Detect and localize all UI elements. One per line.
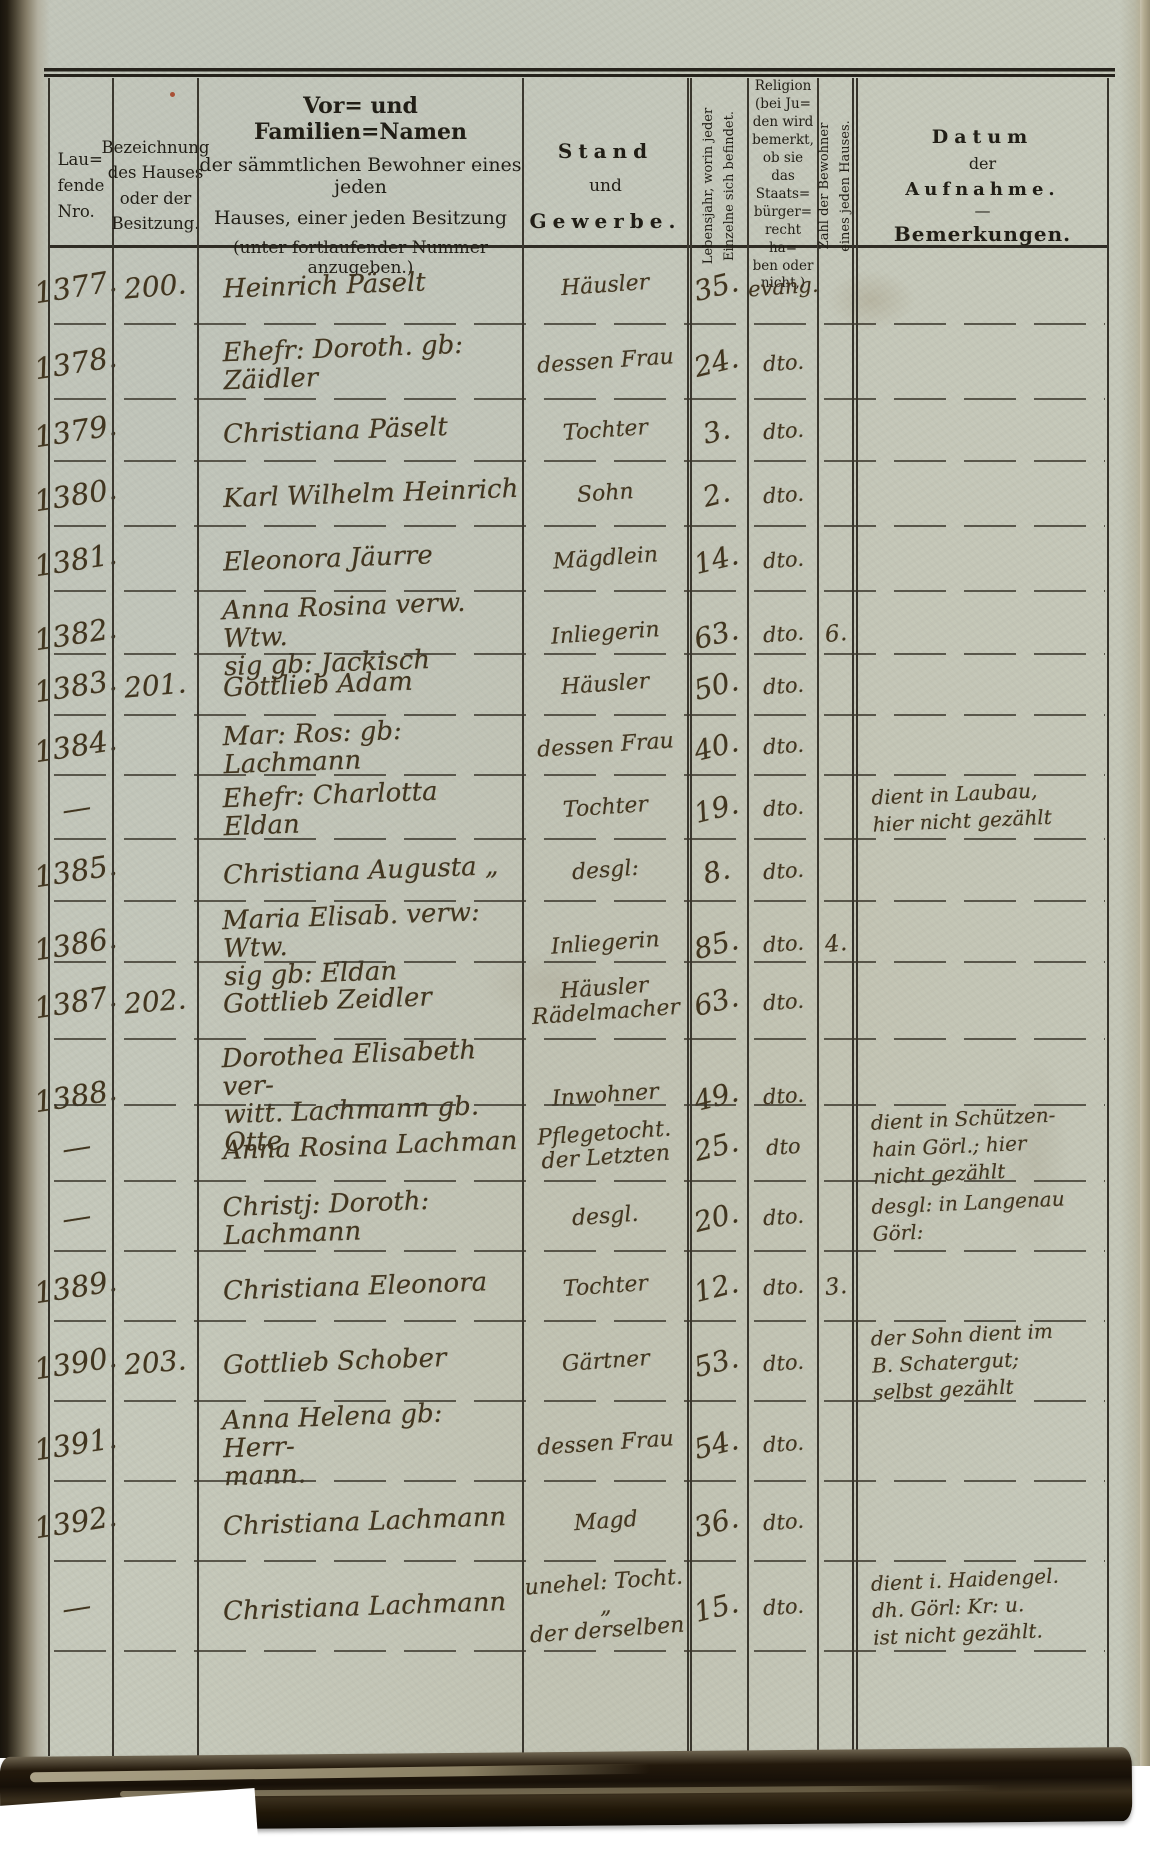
age: 12. [691, 1266, 742, 1309]
occupation: Tochter [562, 416, 649, 446]
occupation: Häusler [561, 271, 651, 301]
table-row: — Christiana Lachmann unehel: Tocht. „ d… [50, 1562, 1107, 1652]
cell-zahl-bewohner [817, 1562, 852, 1652]
religion: dto. [762, 1349, 804, 1376]
cell-religion: dto. [747, 776, 817, 840]
household-count: 3. [823, 1273, 848, 1301]
cell-house-number: 201. [112, 655, 197, 716]
cell-religion: dto. [747, 840, 817, 902]
cell-religion: dto. [747, 1182, 817, 1252]
cell-name: Mar: Ros: gb: Lachmann [197, 716, 522, 776]
cell-lebensjahr: 63. [687, 963, 747, 1040]
resident-name: Karl Wilhelm Heinrich [223, 475, 519, 513]
cell-zahl-bewohner [817, 1402, 852, 1486]
occupation: Sohn [576, 480, 634, 508]
table-row: 1380. Karl Wilhelm Heinrich Sohn 2. dto. [50, 462, 1107, 527]
cell-name: Anna Helena gb: Herr- mann. [197, 1402, 522, 1486]
cell-bemerkungen [852, 1402, 1107, 1486]
cell-laufende-nro: 1381. [50, 527, 112, 592]
scanned-register-page: Lau= fende Nro. Bezeichnung des Hauses o… [0, 0, 1150, 1872]
cell-bemerkungen [852, 1482, 1107, 1562]
row-number: — [59, 1127, 93, 1165]
cell-zahl-bewohner [817, 248, 852, 325]
cell-zahl-bewohner: 3. [817, 1252, 852, 1322]
house-number: 201. [123, 666, 188, 704]
occupation: Tochter [562, 1272, 649, 1302]
header-namen-sub1: der sämmtlichen Bewohner eines jeden [199, 154, 522, 198]
age: 63. [691, 980, 742, 1023]
religion: dto. [762, 621, 804, 648]
cell-bemerkungen [852, 655, 1107, 716]
cell-name: Heinrich Päselt [197, 248, 522, 325]
table-row: — Ehefr: Charlotta Eldan Tochter 19. dto… [50, 776, 1107, 840]
table-header: Lau= fende Nro. Bezeichnung des Hauses o… [50, 78, 1107, 248]
header-stand-line1: Stand [530, 139, 682, 163]
cell-house-number [112, 776, 197, 840]
remark [858, 1522, 872, 1523]
table-row: 1392. Christiana Lachmann Magd 36. dto. [50, 1482, 1107, 1562]
religion: dto. [762, 1431, 804, 1458]
cell-bemerkungen [852, 716, 1107, 776]
header-datum-line1: Datum [894, 126, 1071, 148]
resident-name: Christj: Doroth: Lachmann [222, 1184, 523, 1251]
age: 54. [691, 1423, 742, 1466]
cell-bemerkungen [852, 963, 1107, 1040]
cell-name: Karl Wilhelm Heinrich [197, 462, 522, 527]
cell-stand-gewerbe: Tochter [522, 1252, 687, 1322]
resident-name: Gottlieb Schober [223, 1345, 447, 1381]
cell-laufende-nro: 1379. [50, 400, 112, 462]
age: 35. [691, 265, 742, 308]
house-number: 202. [123, 982, 188, 1020]
religion: dto. [762, 1274, 804, 1301]
cell-laufende-nro: 1387. [50, 963, 112, 1040]
remark: dient in Schützen- hain Görl.; hier nich… [856, 1102, 1058, 1192]
cell-lebensjahr: 36. [687, 1482, 747, 1562]
cell-name: Gottlieb Adam [197, 655, 522, 716]
age: 14. [691, 538, 742, 581]
occupation: Mägdlein [552, 544, 659, 575]
cell-house-number [112, 1562, 197, 1652]
cell-name: Christiana Päselt [197, 400, 522, 462]
cell-name: Christiana Lachmann [197, 1482, 522, 1562]
age: 3. [700, 412, 734, 450]
resident-name: Gottlieb Adam [223, 668, 414, 703]
cell-lebensjahr: 35. [687, 248, 747, 325]
cell-name: Christiana Eleonora [197, 1252, 522, 1322]
house-number: 203. [123, 1343, 188, 1381]
cell-lebensjahr: 15. [687, 1562, 747, 1652]
age: 15. [691, 1586, 742, 1629]
cell-zahl-bewohner [817, 462, 852, 527]
resident-name: Mar: Ros: gb: Lachmann [222, 713, 523, 780]
religion: dto. [762, 1594, 804, 1621]
house-number: 200. [123, 267, 188, 305]
table-row: 1378. Ehefr: Doroth. gb: Zäidler dessen … [50, 325, 1107, 400]
cell-bemerkungen [852, 400, 1107, 462]
occupation: Gärtner [561, 1347, 650, 1377]
cell-house-number [112, 716, 197, 776]
cell-stand-gewerbe: Pflegetocht. der Letzten [522, 1106, 687, 1187]
remark [858, 431, 872, 432]
cell-house-number: 202. [112, 963, 197, 1040]
cell-house-number [112, 462, 197, 527]
cell-name: Christiana Augusta „ [197, 840, 522, 902]
cell-stand-gewerbe: Sohn [522, 462, 687, 527]
cell-house-number [112, 325, 197, 400]
cell-name: Christj: Doroth: Lachmann [197, 1182, 522, 1252]
cell-bemerkungen [852, 462, 1107, 527]
table-row: 1391. Anna Helena gb: Herr- mann. dessen… [50, 1402, 1107, 1482]
remark: dient i. Haidengel. dh. Görl: Kr: u. ist… [856, 1562, 1061, 1652]
cell-lebensjahr: 25. [687, 1106, 747, 1187]
cell-laufende-nro: 1391. [50, 1402, 112, 1486]
cell-lebensjahr: 50. [687, 655, 747, 716]
occupation: desgl: [571, 857, 639, 886]
cell-house-number [112, 1106, 197, 1187]
header-laufende-nro-label: Lau= fende Nro. [58, 147, 105, 224]
row-number: — [59, 1198, 93, 1236]
cell-stand-gewerbe: Magd [522, 1482, 687, 1562]
cell-religion: dto [747, 1106, 817, 1187]
cell-lebensjahr: 20. [687, 1182, 747, 1252]
cell-lebensjahr: 19. [687, 776, 747, 840]
cell-religion: dto. [747, 1562, 817, 1652]
age: 36. [691, 1501, 742, 1544]
cell-house-number: 200. [112, 248, 197, 325]
cell-lebensjahr: 53. [687, 1322, 747, 1403]
cell-zahl-bewohner [817, 400, 852, 462]
cell-stand-gewerbe: Häusler Rädelmacher [522, 963, 687, 1040]
remark [858, 286, 872, 287]
age: 19. [691, 787, 742, 830]
table-row: 1379. Christiana Päselt Tochter 3. dto. [50, 400, 1107, 462]
cell-laufende-nro: — [50, 1562, 112, 1652]
cell-stand-gewerbe: Mägdlein [522, 527, 687, 592]
cell-religion: dto. [747, 716, 817, 776]
cell-lebensjahr: 3. [687, 400, 747, 462]
cell-bemerkungen [852, 248, 1107, 325]
age: 50. [691, 664, 742, 707]
cell-stand-gewerbe: Gärtner [522, 1322, 687, 1403]
remark: desgl: in Langenau Görl: [857, 1186, 1066, 1249]
cell-stand-gewerbe: dessen Frau [522, 716, 687, 776]
table-row: — Christj: Doroth: Lachmann desgl. 20. d… [50, 1182, 1107, 1252]
header-datum-line2: der [894, 154, 1071, 173]
cell-lebensjahr: 54. [687, 1402, 747, 1486]
cell-laufende-nro: 1390. [50, 1322, 112, 1403]
occupation: unehel: Tocht. „ der derselben [522, 1565, 690, 1649]
resident-name: Christiana Lachmann [223, 1588, 507, 1626]
register-table: Lau= fende Nro. Bezeichnung des Hauses o… [48, 78, 1109, 1756]
cell-bemerkungen [852, 325, 1107, 400]
occupation: dessen Frau [536, 1427, 674, 1461]
cell-stand-gewerbe: Tochter [522, 776, 687, 840]
cell-lebensjahr: 2. [687, 462, 747, 527]
cell-zahl-bewohner [817, 527, 852, 592]
remark: dient in Laubau, hier nicht gezählt [857, 777, 1052, 839]
cell-religion: dto. [747, 462, 817, 527]
age: 8. [700, 852, 734, 890]
cell-name: Christiana Lachmann [197, 1562, 522, 1652]
cell-zahl-bewohner [817, 655, 852, 716]
cell-name: Gottlieb Schober [197, 1322, 522, 1403]
resident-name: Anna Rosina Lachman [223, 1127, 518, 1165]
empty-tail-row [50, 1652, 1107, 1756]
occupation: Magd [573, 1508, 638, 1537]
cell-house-number: 203. [112, 1322, 197, 1403]
resident-name: Heinrich Päselt [223, 269, 427, 304]
religion: dto. [762, 733, 804, 760]
cell-stand-gewerbe: Tochter [522, 400, 687, 462]
age: 2. [700, 475, 734, 513]
occupation: dessen Frau [536, 729, 674, 763]
header-bezeichnung-label: Bezeichnung des Hauses oder der Besitzun… [102, 135, 210, 237]
cell-bemerkungen [852, 527, 1107, 592]
cell-bemerkungen: dient in Laubau, hier nicht gezählt [852, 776, 1107, 840]
occupation: dessen Frau [536, 346, 674, 380]
cell-religion: dto. [747, 1482, 817, 1562]
header-namen-title: Vor= und Familien=Namen [199, 93, 522, 145]
cell-laufende-nro: 1383. [50, 655, 112, 716]
cell-house-number [112, 400, 197, 462]
table-row: 1384. Mar: Ros: gb: Lachmann dessen Frau… [50, 716, 1107, 776]
remark [858, 1001, 872, 1002]
cell-laufende-nro: 1384. [50, 716, 112, 776]
religion: evang. [747, 272, 819, 301]
cell-bemerkungen: dient i. Haidengel. dh. Görl: Kr: u. ist… [852, 1562, 1107, 1652]
table-row: — Anna Rosina Lachman Pflegetocht. der L… [50, 1106, 1107, 1182]
cell-laufende-nro: 1392. [50, 1482, 112, 1562]
remark [858, 685, 872, 686]
cell-lebensjahr: 8. [687, 840, 747, 902]
row-number: — [59, 789, 93, 827]
cell-zahl-bewohner [817, 1322, 852, 1403]
household-count: 4. [823, 930, 848, 958]
table-row: 1385. Christiana Augusta „ desgl: 8. dto… [50, 840, 1107, 902]
cell-stand-gewerbe: dessen Frau [522, 325, 687, 400]
remark [858, 1096, 872, 1097]
cell-religion: dto. [747, 1322, 817, 1403]
cell-stand-gewerbe: unehel: Tocht. „ der derselben [522, 1562, 687, 1652]
occupation: Tochter [562, 793, 649, 823]
cell-house-number [112, 1252, 197, 1322]
cell-stand-gewerbe: Häusler [522, 248, 687, 325]
remark [858, 494, 872, 495]
cell-zahl-bewohner [817, 1182, 852, 1252]
cell-lebensjahr: 12. [687, 1252, 747, 1322]
occupation: Häusler Rädelmacher [530, 972, 681, 1031]
cell-religion: dto. [747, 400, 817, 462]
cell-laufende-nro: — [50, 1106, 112, 1187]
cell-zahl-bewohner [817, 1482, 852, 1562]
resident-name: Ehefr: Doroth. gb: Zäidler [222, 329, 523, 396]
table-row: 1377. 200. Heinrich Päselt Häusler 35. e… [50, 248, 1107, 325]
cell-laufende-nro: 1389. [50, 1252, 112, 1322]
cell-bemerkungen: der Sohn dient im B. Schatergut; selbst … [852, 1322, 1107, 1403]
cell-laufende-nro: 1385. [50, 840, 112, 902]
cell-stand-gewerbe: Häusler [522, 655, 687, 716]
cell-religion: evang. [747, 248, 817, 325]
cell-name: Anna Rosina Lachman [197, 1106, 522, 1187]
age: 24. [691, 341, 742, 384]
cell-laufende-nro: 1378. [50, 325, 112, 400]
religion: dto. [762, 931, 804, 958]
cell-name: Ehefr: Charlotta Eldan [197, 776, 522, 840]
cell-zahl-bewohner [817, 325, 852, 400]
header-namen-sub2: Hauses, einer jeden Besitzung [199, 207, 522, 229]
religion: dto. [762, 858, 804, 885]
cell-name: Eleonora Jäurre [197, 527, 522, 592]
resident-name: Ehefr: Charlotta Eldan [222, 775, 523, 842]
table-row: 1389. Christiana Eleonora Tochter 12. dt… [50, 1252, 1107, 1322]
cell-religion: dto. [747, 963, 817, 1040]
age: 25. [691, 1125, 742, 1168]
table-row: 1386. Maria Elisab. verw: Wtw. sig gb: E… [50, 902, 1107, 963]
religion: dto. [762, 418, 804, 445]
cell-religion: dto. [747, 1402, 817, 1486]
age: 40. [691, 725, 742, 768]
remark [858, 871, 872, 872]
cell-religion: dto. [747, 527, 817, 592]
cell-bemerkungen: dient in Schützen- hain Görl.; hier nich… [852, 1106, 1107, 1187]
cell-laufende-nro: — [50, 776, 112, 840]
cell-lebensjahr: 40. [687, 716, 747, 776]
religion: dto. [762, 349, 804, 376]
cell-stand-gewerbe: desgl. [522, 1182, 687, 1252]
cell-house-number [112, 840, 197, 902]
cell-house-number [112, 1182, 197, 1252]
row-number: — [59, 1588, 93, 1626]
header-stand-line2: und [530, 176, 682, 196]
occupation: Pflegetocht. der Letzten [537, 1118, 674, 1176]
resident-name: Christiana Augusta „ [223, 852, 499, 890]
cell-stand-gewerbe: desgl: [522, 840, 687, 902]
age: 53. [691, 1341, 742, 1384]
header-bemerkungen-label: Bemerkungen. [894, 222, 1071, 246]
religion: dto. [762, 1509, 804, 1536]
cell-name: Ehefr: Doroth. gb: Zäidler [197, 325, 522, 400]
cell-zahl-bewohner [817, 1106, 852, 1187]
remark [858, 559, 872, 560]
table-row: 1381. Eleonora Jäurre Mägdlein 14. dto. [50, 527, 1107, 592]
religion: dto. [762, 546, 804, 573]
occupation: Inliegerin [550, 618, 660, 650]
cell-zahl-bewohner [817, 840, 852, 902]
cell-zahl-bewohner [817, 963, 852, 1040]
header-stand-line3: Gewerbe. [530, 209, 682, 233]
cell-laufende-nro: — [50, 1182, 112, 1252]
cell-bemerkungen: desgl: in Langenau Görl: [852, 1182, 1107, 1252]
table-row: 1388. Dorothea Elisabeth ver- witt. Lach… [50, 1040, 1107, 1106]
table-row: 1390. 203. Gottlieb Schober Gärtner 53. … [50, 1322, 1107, 1402]
resident-name: Gottlieb Zeidler [223, 984, 433, 1019]
religion: dto. [762, 481, 804, 508]
cell-name: Gottlieb Zeidler [197, 963, 522, 1040]
cell-zahl-bewohner [817, 776, 852, 840]
resident-name: Anna Helena gb: Herr- mann. [222, 1397, 524, 1492]
religion: dto. [762, 795, 804, 822]
remark [858, 634, 872, 635]
header-datum-divider: — [894, 206, 1071, 216]
cell-house-number [112, 1402, 197, 1486]
cell-laufende-nro: 1377. [50, 248, 112, 325]
age: 63. [691, 613, 742, 656]
religion: dto [765, 1133, 801, 1159]
cell-religion: dto. [747, 1252, 817, 1322]
cell-lebensjahr: 24. [687, 325, 747, 400]
resident-name: Eleonora Jäurre [223, 542, 434, 577]
religion: dto. [762, 672, 804, 699]
remark [858, 746, 872, 747]
cell-lebensjahr: 14. [687, 527, 747, 592]
paper-right-edge [1120, 0, 1150, 1766]
cell-zahl-bewohner [817, 716, 852, 776]
table-row: 1383. 201. Gottlieb Adam Häusler 50. dto… [50, 655, 1107, 716]
age: 20. [691, 1196, 742, 1239]
cell-house-number [112, 527, 197, 592]
header-zahl-bewohner-label: Zahl der Bewohner eines jeden Hauses. [815, 120, 857, 252]
table-rows: 1377. 200. Heinrich Päselt Häusler 35. e… [50, 248, 1107, 1756]
age: 85. [691, 923, 742, 966]
cell-stand-gewerbe: dessen Frau [522, 1402, 687, 1486]
religion: dto. [762, 1204, 804, 1231]
occupation: Inliegerin [550, 928, 660, 960]
cell-house-number [112, 1482, 197, 1562]
header-datum-line3: Aufnahme. [894, 179, 1071, 200]
table-row: 1387. 202. Gottlieb Zeidler Häusler Räde… [50, 963, 1107, 1040]
cell-laufende-nro: 1380. [50, 462, 112, 527]
resident-name: Christiana Päselt [223, 413, 449, 449]
remark [858, 1444, 872, 1445]
resident-name: Christiana Eleonora [223, 1268, 488, 1305]
remark [858, 362, 872, 363]
occupation: Häusler [561, 670, 651, 700]
occupation: desgl. [571, 1203, 639, 1232]
remark [858, 1287, 872, 1288]
table-row: 1382. Anna Rosina verw. Wtw. sig gb: Jac… [50, 592, 1107, 655]
remark [858, 944, 872, 945]
cell-bemerkungen [852, 1252, 1107, 1322]
household-count: 6. [823, 620, 848, 648]
resident-name: Christiana Lachmann [223, 1503, 507, 1541]
header-lebensjahr-label: Lebensjahr, worin jeder Einzelne sich be… [699, 108, 741, 264]
remark: der Sohn dient im B. Schatergut; selbst … [856, 1318, 1055, 1407]
cell-bemerkungen [852, 840, 1107, 902]
cell-religion: dto. [747, 325, 817, 400]
religion: dto. [762, 988, 804, 1015]
cell-religion: dto. [747, 655, 817, 716]
